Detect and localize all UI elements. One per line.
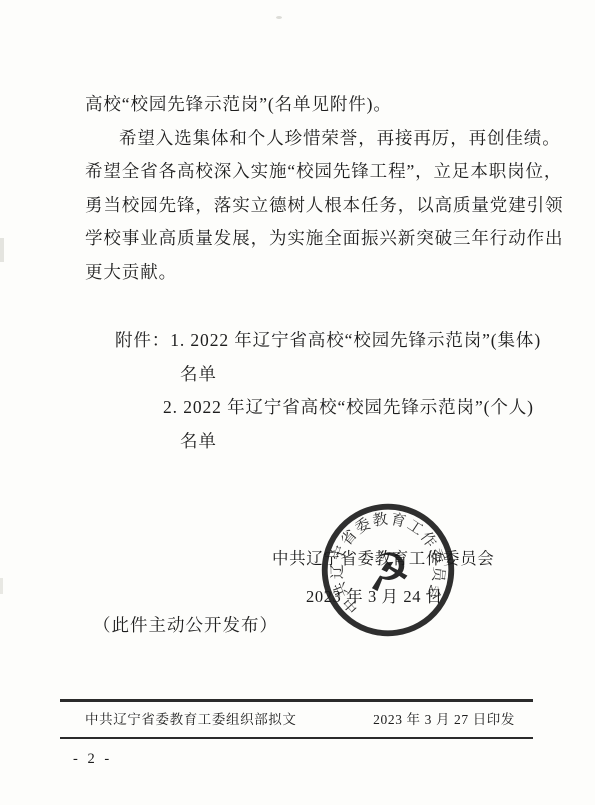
footer-print-date: 2023 年 3 月 27 日印发 [373,708,515,728]
footer-drafting-dept: 中共辽宁省委教育工委组织部拟文 [85,708,297,728]
signature-organization: 中共辽宁省委教育工作委员会 [272,545,494,569]
scan-speck [276,16,282,19]
public-release-note: （此件主动公开发布） [93,612,278,637]
scan-smudge [0,238,4,262]
body-line: 高校“校园先锋示范岗”(名单见附件)。 [85,88,555,122]
body-line: 勇当校园先锋，落实立德树人根本任务，以高质量党建引领 [85,189,555,223]
footer-divider-top [60,699,533,702]
attachment-item-1: 附件：1. 2022 年辽宁省高校“校园先锋示范岗”(集体) [85,324,555,358]
attachment-list: 附件：1. 2022 年辽宁省高校“校园先锋示范岗”(集体) 名单 2. 202… [85,324,555,458]
document-page: 高校“校园先锋示范岗”(名单见附件)。 希望入选集体和个人珍惜荣誉，再接再厉，再… [0,0,595,805]
signature-date: 2023 年 3 月 24 日 [306,583,443,607]
body-paragraphs: 高校“校园先锋示范岗”(名单见附件)。 希望入选集体和个人珍惜荣誉，再接再厉，再… [85,88,555,289]
body-line: 学校事业高质量发展，为实施全面振兴新突破三年行动作出 [85,222,555,256]
attachment-item-2-wrap: 名单 [85,425,555,459]
footer-divider-bottom [60,737,533,739]
attachment-item-2: 2. 2022 年辽宁省高校“校园先锋示范岗”(个人) [85,391,555,425]
footer-row: 中共辽宁省委教育工委组织部拟文 2023 年 3 月 27 日印发 [85,708,515,728]
body-line: 更大贡献。 [85,256,555,290]
scan-smudge [0,578,3,594]
body-line: 希望入选集体和个人珍惜荣誉，再接再厉，再创佳绩。 [85,122,555,156]
seal-ring [317,499,460,642]
attachment-item-1-wrap: 名单 [85,358,555,392]
body-line: 希望全省各高校深入实施“校园先锋工程”，立足本职岗位， [85,155,555,189]
official-seal: 中共辽宁省委教育工作委员会 ☭ [306,488,471,653]
page-number: - 2 - [73,751,112,768]
